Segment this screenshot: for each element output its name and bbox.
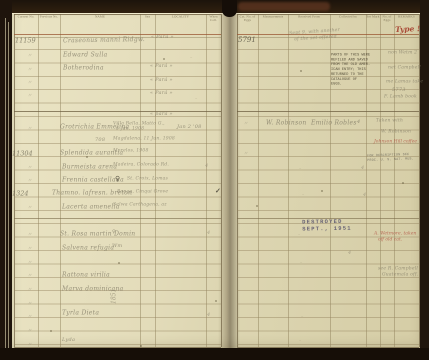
ditto-mark: 4 bbox=[205, 163, 208, 169]
ditto-mark: 4 bbox=[207, 312, 210, 318]
grid-vline bbox=[221, 14, 222, 347]
handwritten-entry: Botherodina bbox=[63, 64, 104, 71]
grid-rowlines bbox=[237, 49, 419, 345]
ink-smudge: – bbox=[301, 314, 303, 319]
grid-vline bbox=[419, 14, 420, 347]
catalogue-number: 5791 bbox=[238, 36, 256, 44]
paper-speck bbox=[321, 190, 323, 192]
description-stamp: FOR DESCRIPTION SEE PROC. U. S. NAT. MUS… bbox=[367, 152, 414, 162]
handwritten-entry: Wm bbox=[112, 243, 122, 249]
handwritten-entry: 6 Jan. 1908 bbox=[116, 126, 144, 131]
typed-note: PARTS OF THIS WERE REFILED AND SAVED FRO… bbox=[331, 53, 370, 87]
ditto-mark: 4 bbox=[361, 165, 364, 171]
handwritten-entry: see R. Campbell bbox=[378, 266, 418, 271]
handwritten-entry: Selwa Carthagena, az bbox=[113, 202, 167, 207]
column-header: Measurements bbox=[258, 15, 288, 19]
handwritten-entry: Lacerta amenella bbox=[62, 203, 120, 210]
handwritten-entry: Jan 2 '08 bbox=[177, 124, 202, 130]
photo-bottom-border bbox=[0, 348, 429, 360]
paper-speck bbox=[140, 345, 142, 347]
ditto-mark: 〃 bbox=[27, 65, 32, 73]
column-header: Current No. bbox=[14, 15, 38, 19]
ditto-mark: 〃 bbox=[243, 119, 248, 127]
handwritten-entry: Magdalena, 11 Jun. 1908 bbox=[113, 136, 175, 141]
ink-smudge: – bbox=[299, 166, 301, 171]
column-header: Sex bbox=[140, 15, 155, 19]
ditto-mark: 4 bbox=[207, 230, 210, 236]
column-header: Collected by bbox=[330, 15, 366, 19]
ink-smudge: – bbox=[299, 288, 301, 293]
handwritten-entry: « Pará » bbox=[151, 34, 174, 40]
paper-speck bbox=[256, 205, 258, 207]
ditto-mark: 〃 bbox=[27, 91, 32, 99]
column-header: Set Mark bbox=[366, 15, 380, 19]
handwritten-entry: Tyrla Dieta bbox=[62, 309, 99, 316]
page-edge-line bbox=[5, 18, 6, 348]
ditto-mark: 〃 bbox=[27, 244, 32, 252]
handwritten-entry: 708 bbox=[95, 137, 105, 143]
handwritten-entry: Madeira, Colorado Rd. bbox=[113, 162, 169, 167]
ditto-mark: 〃 bbox=[27, 203, 32, 211]
handwritten-entry: F. Lamb book bbox=[384, 94, 417, 99]
column-header: NAME bbox=[60, 15, 140, 19]
ditto-mark: 〃 bbox=[27, 176, 32, 184]
handwritten-entry: « Pará » bbox=[150, 90, 173, 96]
ditto-mark: 〃 bbox=[27, 51, 32, 59]
ditto-mark: 〃 bbox=[27, 230, 32, 238]
red-annotation: Johnson Hill coffee bbox=[374, 139, 417, 144]
handwritten-entry: W. Robinson bbox=[266, 119, 307, 126]
handwritten-entry: Lyda bbox=[62, 337, 75, 343]
ditto-mark: 〃 bbox=[27, 299, 32, 307]
ditto-mark: 〃 bbox=[27, 163, 32, 171]
handwritten-entry: net Campbell bbox=[388, 65, 421, 70]
catalogue-number: 11304 bbox=[12, 150, 33, 158]
ink-smudge: – bbox=[299, 338, 301, 343]
handwritten-entry: « pará » bbox=[150, 111, 173, 117]
column-header: Cat. No. of Eggs bbox=[237, 15, 258, 22]
handwritten-entry: Salvena refugia bbox=[62, 244, 114, 251]
grid-hline bbox=[14, 34, 221, 35]
paper-speck bbox=[402, 182, 404, 184]
handwritten-entry: 4 bbox=[357, 119, 360, 125]
ditto-mark: 〃 bbox=[27, 271, 32, 279]
ink-smudge: – bbox=[190, 55, 192, 60]
handwritten-entry: Craseonus manni Ridgw. bbox=[63, 36, 145, 44]
handwritten-entry: 5773 bbox=[392, 87, 406, 93]
book-binding bbox=[238, 2, 330, 11]
handwritten-entry: St. Croix, Lomas bbox=[127, 176, 168, 181]
gutter-notch bbox=[222, 0, 237, 17]
ditto-mark: 〃 bbox=[27, 312, 32, 320]
column-header: Previous No. bbox=[38, 15, 60, 19]
handwritten-entry: St. Rosa martin Domin bbox=[60, 230, 135, 237]
page-edge-line bbox=[8, 22, 9, 348]
ditto-mark: 〃 bbox=[243, 149, 248, 157]
handwritten-entry: Edward Sulla bbox=[63, 51, 108, 58]
grid-rowlines bbox=[14, 49, 221, 345]
ditto-mark: 〃 bbox=[27, 326, 32, 334]
handwritten-entry: Burmeista arena bbox=[62, 163, 117, 170]
typed-note-line: EGGS. bbox=[331, 82, 370, 87]
ink-mark: ♀ bbox=[115, 175, 120, 183]
paper-speck bbox=[215, 300, 217, 302]
ditto-mark: 〃 bbox=[27, 340, 32, 348]
paper-speck bbox=[163, 58, 165, 60]
ink-smudge: – bbox=[298, 232, 300, 237]
column-header: REMARKS bbox=[394, 15, 419, 19]
ink-smudge: – bbox=[302, 192, 304, 197]
handwritten-entry: Bonga, Cinqui Grove bbox=[117, 189, 168, 194]
handwritten-entry: non Wetm 2 bbox=[388, 50, 417, 55]
vertical-note: 1851 bbox=[110, 289, 117, 304]
type-annotation: Type ! bbox=[395, 24, 420, 34]
ink-mark: ✓ bbox=[215, 187, 221, 195]
grid-hline bbox=[14, 347, 221, 348]
ditto-mark: 〃 bbox=[27, 124, 32, 132]
page-edges-left bbox=[0, 0, 12, 360]
handwritten-entry: W. Robinson bbox=[381, 129, 411, 134]
handwritten-entry: me Lamas take bbox=[386, 79, 423, 84]
column-header: Received From bbox=[288, 15, 330, 19]
ink-smudge: – bbox=[195, 96, 197, 101]
handwritten-entry: « Pará » bbox=[150, 77, 173, 83]
handwritten-entry: « Pará » bbox=[150, 63, 173, 69]
ink-smudge: – bbox=[300, 260, 302, 265]
photo-right-border bbox=[420, 0, 429, 360]
column-header: No. of Eggs bbox=[380, 15, 394, 22]
column-header: LOCALITY bbox=[155, 15, 206, 19]
handwritten-entry: Morelos, 1908 bbox=[113, 148, 149, 153]
catalogue-number: 11159 bbox=[15, 37, 36, 45]
red-annotation: A. Wetmore, taken bbox=[374, 231, 416, 236]
ditto-mark: 〃 bbox=[27, 78, 32, 86]
destroyed-stamp: DESTROYED SEPT., 1951 bbox=[302, 218, 352, 233]
paper-speck bbox=[86, 156, 88, 158]
column-header: When Coll. bbox=[206, 15, 221, 22]
handwritten-entry: Emilio Robles bbox=[311, 119, 357, 126]
handwritten-entry: ♀ bbox=[112, 229, 116, 235]
ditto-mark: 〃 bbox=[27, 285, 32, 293]
paper-speck bbox=[300, 70, 302, 72]
handwritten-entry: Taken with bbox=[376, 118, 403, 123]
paper-speck bbox=[118, 262, 120, 264]
photo-top-border bbox=[0, 0, 429, 13]
ditto-mark: 4 bbox=[363, 192, 366, 198]
handwritten-entry: Rattona virilia bbox=[62, 271, 110, 278]
red-annotation: off old cat. bbox=[378, 237, 402, 242]
destroyed-stamp-line: SEPT., 1951 bbox=[302, 225, 352, 233]
specimen-ledger-photo: Current No. Previous No. NAME Sex LOCALI… bbox=[0, 0, 429, 360]
handwritten-entry: Guatemala off. bbox=[382, 272, 418, 277]
grid-hline bbox=[237, 347, 419, 348]
ditto-mark: 〃 bbox=[27, 258, 32, 266]
ditto-mark: 4 bbox=[348, 250, 351, 256]
catalogue-number: 1324 bbox=[12, 190, 29, 198]
paper-speck bbox=[50, 330, 52, 332]
